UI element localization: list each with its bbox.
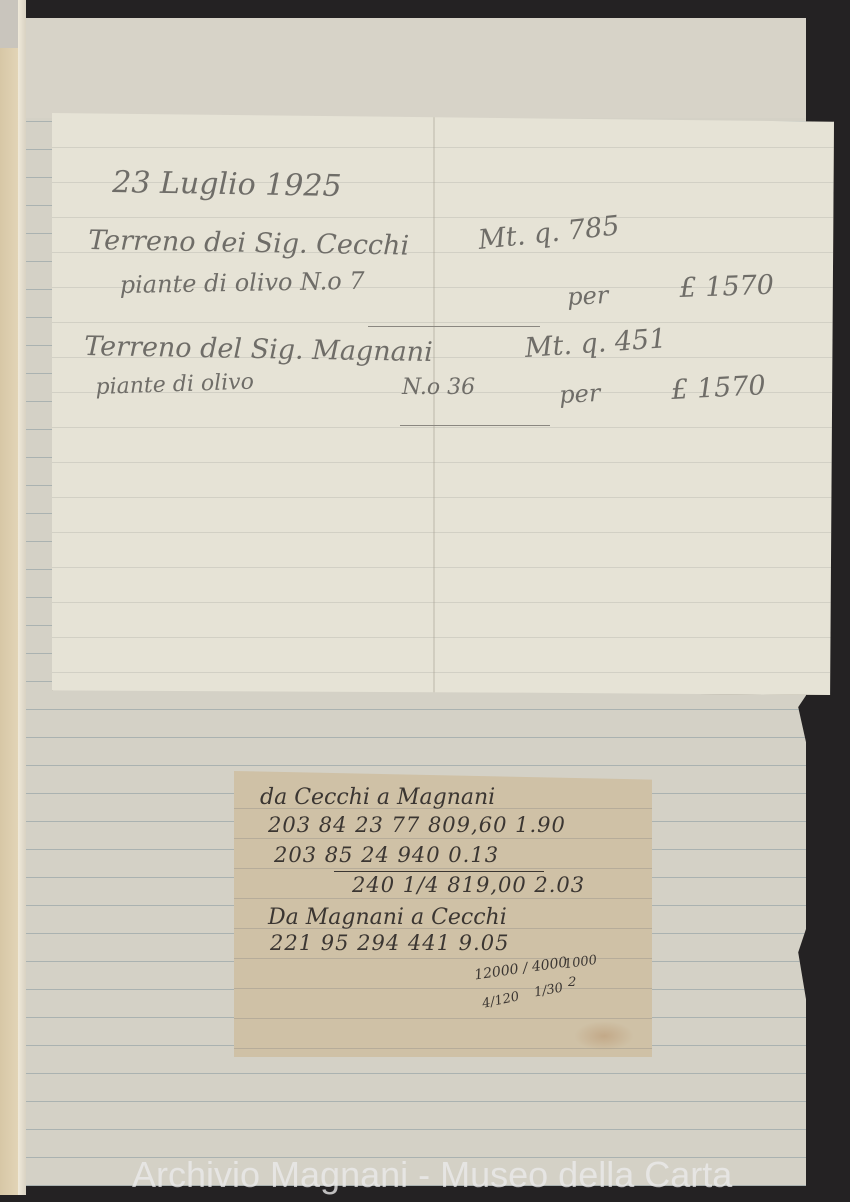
card-note-3: 4/120 bbox=[481, 989, 521, 1011]
entry-2-per: per bbox=[559, 379, 601, 409]
entry-2-measure: Mt. q. 451 bbox=[524, 323, 667, 364]
card-heading-magnani-to-cecchi: Da Magnani a Cecchi bbox=[268, 905, 507, 930]
entry-1-measure: Mt. q. 785 bbox=[477, 210, 621, 256]
entry-1-per: per bbox=[567, 281, 609, 311]
entry-1-measure-value: 785 bbox=[566, 210, 621, 246]
lira-symbol: £ bbox=[670, 374, 689, 406]
entry-1-price-value: 1570 bbox=[705, 270, 775, 303]
card-line-1: 203 84 23 77 809,60 1.90 bbox=[268, 813, 566, 837]
entry-2-measure-label: Mt. q. bbox=[524, 327, 607, 364]
letter-sheet: 23 Luglio 1925 Terreno dei Sig. Cecchi p… bbox=[52, 113, 834, 695]
entry-2-price: £ 1570 bbox=[670, 370, 766, 406]
card-note-4: 1/30 bbox=[533, 981, 564, 1001]
entry-1-measure-label: Mt. q. bbox=[477, 217, 561, 256]
entry-1-detail: piante di olivo N.o 7 bbox=[120, 267, 365, 299]
entry-2-count: N.o 36 bbox=[402, 375, 475, 400]
archive-watermark: Archivio Magnani - Museo della Carta bbox=[132, 1154, 732, 1196]
card-heading-cecchi-to-magnani: da Cecchi a Magnani bbox=[260, 785, 495, 810]
entry-1-detail-text: piante di olivo bbox=[120, 268, 293, 299]
card-note-1: 12000 / 4000 bbox=[473, 955, 568, 984]
stain-mark bbox=[574, 1021, 634, 1051]
letter-date: 23 Luglio 1925 bbox=[112, 165, 342, 204]
entry-1-description: Terreno dei Sig. Cecchi bbox=[88, 225, 409, 262]
binder-edge bbox=[18, 0, 26, 1195]
card-line-3-total: 240 1/4 819,00 2.03 bbox=[352, 873, 585, 897]
card-line-4: 221 95 294 441 9.05 bbox=[270, 931, 509, 955]
entry-1-count: N.o 7 bbox=[300, 267, 365, 296]
card-note-5: 2 bbox=[568, 975, 576, 990]
divider-line bbox=[400, 425, 550, 426]
entry-1-price: £ 1570 bbox=[679, 270, 775, 304]
lira-symbol: £ bbox=[679, 272, 697, 304]
sum-line bbox=[334, 871, 544, 872]
entry-2-measure-value: 451 bbox=[614, 323, 668, 358]
ruled-back-sheet-top bbox=[26, 18, 806, 118]
entry-2-price-value: 1570 bbox=[696, 370, 766, 405]
note-card: da Cecchi a Magnani 203 84 23 77 809,60 … bbox=[234, 771, 652, 1057]
entry-2-description: Terreno del Sig. Magnani bbox=[84, 331, 433, 368]
card-line-2: 203 85 24 940 0.13 bbox=[274, 843, 499, 867]
entry-2-detail: piante di olivo bbox=[95, 369, 254, 400]
card-note-2: 1000 bbox=[563, 953, 598, 972]
divider-line bbox=[368, 326, 540, 327]
